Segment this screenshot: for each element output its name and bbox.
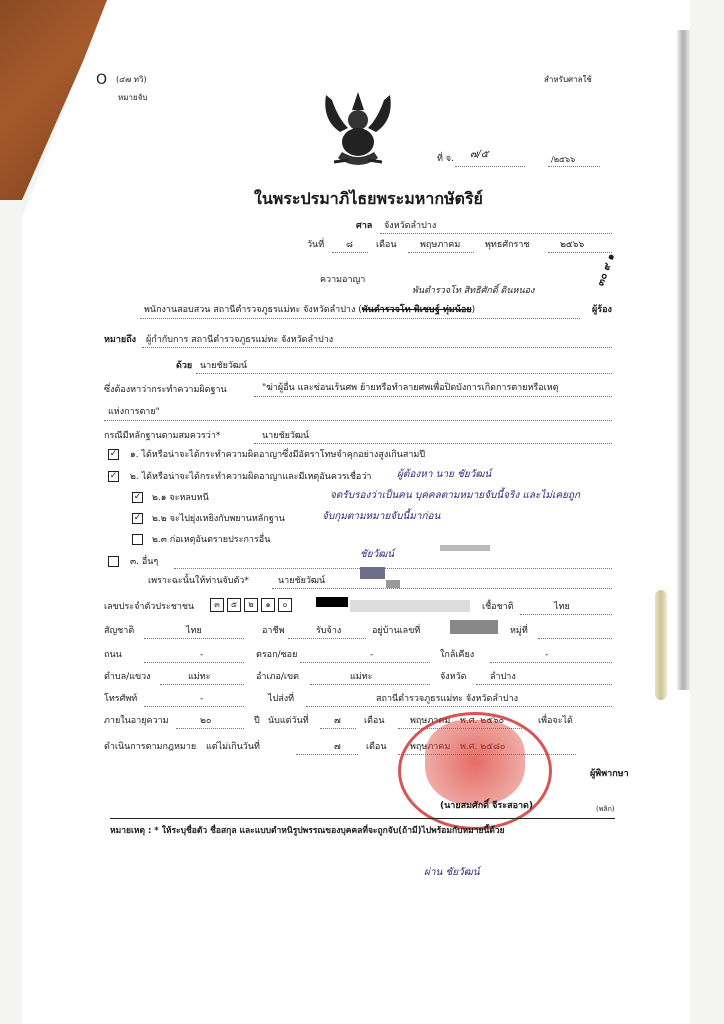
date-day: ๘ <box>346 241 353 250</box>
date-month: พฤษภาคม <box>420 241 460 250</box>
id-digit: ๑ <box>261 598 275 612</box>
document-title: ในพระปรมาภิไธยพระมหากษัตริย์ <box>254 191 483 207</box>
road-label: ถนน <box>104 651 122 660</box>
evidence-label: กรณีมีหลักฐานตามสมควรว่า* <box>104 432 220 441</box>
turn-over-note: (พลิก) <box>596 806 615 813</box>
petitioner-handwritten: พันตำรวจโท สิทธิศักดิ์ ดินหนอง <box>412 287 534 296</box>
court-use-label: สำหรับศาลใช้ <box>544 76 592 84</box>
date-year: ๒๕๖๖ <box>560 241 584 250</box>
date-day-label: วันที่ <box>307 241 324 250</box>
province-label: จังหวัด <box>440 673 467 682</box>
ground-2-1-checkbox[interactable]: ✓ <box>132 492 143 503</box>
ground-1-label: ๑. ได้หรือน่าจะได้กระทำความผิดอาญาซึ่งมี… <box>130 451 425 460</box>
ground-2-3-checkbox[interactable] <box>132 534 143 545</box>
paper-stain <box>655 590 667 700</box>
date-month-label: เดือน <box>376 241 396 250</box>
id-digit: ๕ <box>227 598 241 612</box>
ground-2-note: ผู้ต้องหา นาย ชัยวัฒน์ <box>397 470 491 480</box>
phone-label: โทรศัพท์ <box>104 695 137 704</box>
court-label: ศาล <box>356 222 372 231</box>
id-digit: ๐ <box>278 598 292 612</box>
house-number-label: อยู่บ้านเลขที่ <box>372 627 420 636</box>
date-year-label: พุทธศักราช <box>485 241 530 250</box>
district-label: อำเภอ/เขต <box>256 673 299 682</box>
redaction <box>350 600 470 612</box>
case-type: ความอาญา <box>320 276 365 285</box>
id-digit: ๓ <box>210 598 224 612</box>
to-day: ๗ <box>334 743 341 752</box>
evidence-value: นายชัยวัฒน์ <box>262 432 309 441</box>
footnote: หมายเหตุ : * ให้ระบุชื่อตัว ชื่อสกุล และ… <box>110 827 505 836</box>
citizenship-label: สัญชาติ <box>104 627 134 636</box>
ground-3-checkbox[interactable] <box>108 556 119 567</box>
warrant-to-label: หมายถึง <box>104 336 136 345</box>
divider <box>110 818 615 819</box>
near-label: ใกล้เคียง <box>440 651 474 660</box>
ground-2-3-label: ๒.๓ ก่อเหตุอันตรายประการอื่น <box>152 536 270 545</box>
ground-2-1-note: จดรับรองว่าเป็นคน บุคคลตามหมายจับนี้จริง… <box>330 491 580 501</box>
near-value: - <box>545 651 548 660</box>
petitioner-text: พนักงานสอบสวน สถานีตำรวจภูธรแม่ทะ จังหวั… <box>144 306 475 315</box>
case-year: /๒๕๖๖ <box>551 156 575 164</box>
ground-3-note: ชัยวัฒน์ <box>360 550 394 560</box>
petitioner-role: ผู้ร้อง <box>592 306 612 315</box>
court-value: จังหวัดลำปาง <box>384 222 436 231</box>
redaction <box>360 567 385 579</box>
road-value: - <box>200 651 203 660</box>
from-label: นับแต่วันที่ <box>268 717 309 726</box>
province-value: ลำปาง <box>490 673 516 682</box>
accused-name: นายชัยวัฒน์ <box>200 362 247 371</box>
redaction <box>316 597 348 607</box>
redaction <box>440 545 490 551</box>
subdistrict-label: ตำบล/แขวง <box>104 673 151 682</box>
ground-2-2-note: จับกุมตามหมายจับนี้มาก่อน <box>322 512 440 522</box>
charge-text-line1: "ฆ่าผู้อื่น และซ่อนเร้นศพ ย้ายหรือทำลายศ… <box>262 384 559 393</box>
seal-emblem-icon <box>425 720 525 805</box>
copy-signature: ผ่าน ชัยวัฒน์ <box>424 868 480 878</box>
citizenship-value: ไทย <box>186 627 202 636</box>
until-label: แต่ไม่เกินวันที่ <box>206 743 260 752</box>
circle-icon: O <box>96 73 107 87</box>
charge-text-line2: แห่งการตาย" <box>108 408 160 417</box>
id-label: เลขประจำตัวประชาชน <box>104 603 194 612</box>
ground-2-2-checkbox[interactable]: ✓ <box>132 513 143 524</box>
district-value: แม่ทะ <box>350 673 373 682</box>
arrest-label: เพราะฉะนั้นให้ท่านจับตัว* <box>148 577 249 586</box>
ground-1-checkbox[interactable]: ✓ <box>108 449 119 460</box>
because-label: ด้วย <box>176 362 192 371</box>
race-label: เชื้อชาติ <box>482 603 514 612</box>
id-digit-boxes: ๓๕๒๑๐ <box>210 598 295 612</box>
warrant-to-value: ผู้กำกับการ สถานีตำรวจภูธรแม่ทะ จังหวัดล… <box>146 336 333 345</box>
occupation-label: อาชีพ <box>262 627 285 636</box>
occupation-value: รับจ้าง <box>316 627 341 636</box>
purpose-text: เพื่อจะได้ <box>538 717 573 726</box>
ground-2-label: ๒. ได้หรือน่าจะได้กระทำความผิดอาญาและมีเ… <box>130 473 371 482</box>
charge-label: ซึ่งต้องหาว่ากระทำความผิดฐาน <box>104 386 227 395</box>
subdistrict-value: แม่ทะ <box>188 673 211 682</box>
from-day: ๗ <box>334 717 341 726</box>
garuda-emblem-icon <box>318 90 398 172</box>
redaction <box>386 580 400 588</box>
arrest-value: นายชัยวัฒน์ <box>278 577 325 586</box>
ground-2-2-label: ๒.๒ จะไปยุ่งเหยิงกับพยานหลักฐาน <box>152 515 285 524</box>
validity-years: ๒๐ <box>200 717 211 726</box>
case-number-label: ที่ จ. <box>437 155 454 164</box>
alley-label: ตรอก/ซอย <box>256 651 297 660</box>
deliver-to-value: สถานีตำรวจภูธรแม่ทะ จังหวัดลำปาง <box>376 695 518 704</box>
proceed-label: ดำเนินการตามกฎหมาย <box>104 743 196 752</box>
ground-2-checkbox[interactable]: ✓ <box>108 471 119 482</box>
form-number: (๔๗ ทวิ) <box>116 76 147 84</box>
phone-value: - <box>200 695 203 704</box>
validity-label: ภายในอายุความ <box>104 717 169 726</box>
judge-name: (นายสมศักดิ์ จีระสอาด) <box>440 802 533 811</box>
ground-3-label: ๓. อื่นๆ <box>130 558 158 567</box>
case-number-value: ๗/๕ <box>470 150 488 160</box>
id-digit: ๒ <box>244 598 258 612</box>
ground-2-1-label: ๒.๑ จะหลบหนี <box>152 494 209 503</box>
village-label: หมู่ที่ <box>510 627 528 636</box>
alley-value: - <box>370 651 373 660</box>
redaction <box>450 620 498 634</box>
from-month-label: เดือน <box>364 717 384 726</box>
judge-title: ผู้พิพากษา <box>590 770 629 779</box>
year-unit: ปี <box>254 717 260 726</box>
deliver-to-label: ไปส่งที่ <box>268 695 294 704</box>
page-edge-shadow <box>676 30 690 690</box>
race-value: ไทย <box>554 603 570 612</box>
to-month-label: เดือน <box>366 743 386 752</box>
form-title: หมายจับ <box>118 94 148 102</box>
